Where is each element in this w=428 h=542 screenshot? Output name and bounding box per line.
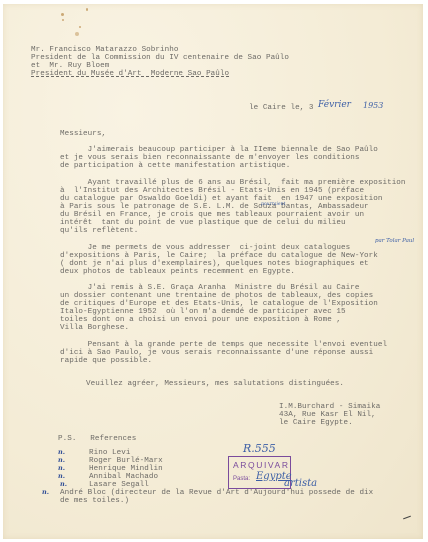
reference-tick-mark: n. <box>58 472 65 480</box>
ink-stain <box>61 13 64 16</box>
ink-stain <box>79 26 81 28</box>
reference-tick-mark: n. <box>42 488 49 496</box>
letter-page: Mr. Francisco Matarazzo Sobrinho Preside… <box>3 4 423 539</box>
ink-stain <box>62 19 64 21</box>
paragraph-5-line: rapide que possible. <box>60 357 152 366</box>
paragraph-3-line: deux photos de tableaux peints recemment… <box>60 268 295 277</box>
date-handwritten-year: 1953 <box>363 101 383 110</box>
reference-continuation: de mes toiles.) <box>60 497 129 506</box>
margin-note-2: par Tolar Paul <box>375 238 414 244</box>
postscript-heading: P.S. References <box>58 435 136 444</box>
reference-tick-mark: n. <box>58 448 65 456</box>
signature-line: le Caire Egypte. <box>279 419 353 428</box>
arquivar-stamp: ARQUIVAR Pasta: Egypte <box>228 456 291 489</box>
archive-number: R.555 <box>243 442 276 455</box>
paragraph-4-line: Villa Borghese. <box>60 324 129 333</box>
reference-tick-mark: n. <box>58 456 65 464</box>
pen-mark <box>403 516 411 520</box>
recipient-line-4: President du Musée d'Art Moderne Sao Paû… <box>31 70 229 79</box>
below-stamp-note: artista <box>284 478 317 489</box>
date-handwritten-month: Février <box>318 100 351 110</box>
paragraph-1-line: de participation à cette manifestation a… <box>60 162 290 171</box>
stamp-title: ARQUIVAR <box>233 460 290 470</box>
date-typed: le Caire le, 3 <box>249 104 314 113</box>
stamp-label: Pasta: <box>233 476 250 482</box>
reference-tick-mark: n. <box>58 464 65 472</box>
salutation: Messieurs, <box>60 130 106 139</box>
margin-note-1: pourraient <box>261 202 285 207</box>
reference-tick-mark: n. <box>60 480 67 488</box>
closing: Veuillez agréer, Messieurs, mes salutati… <box>86 380 344 389</box>
ink-stain <box>86 8 88 11</box>
ink-stain <box>75 32 79 36</box>
paragraph-2-line: qu'ils reflètent. <box>60 227 138 236</box>
